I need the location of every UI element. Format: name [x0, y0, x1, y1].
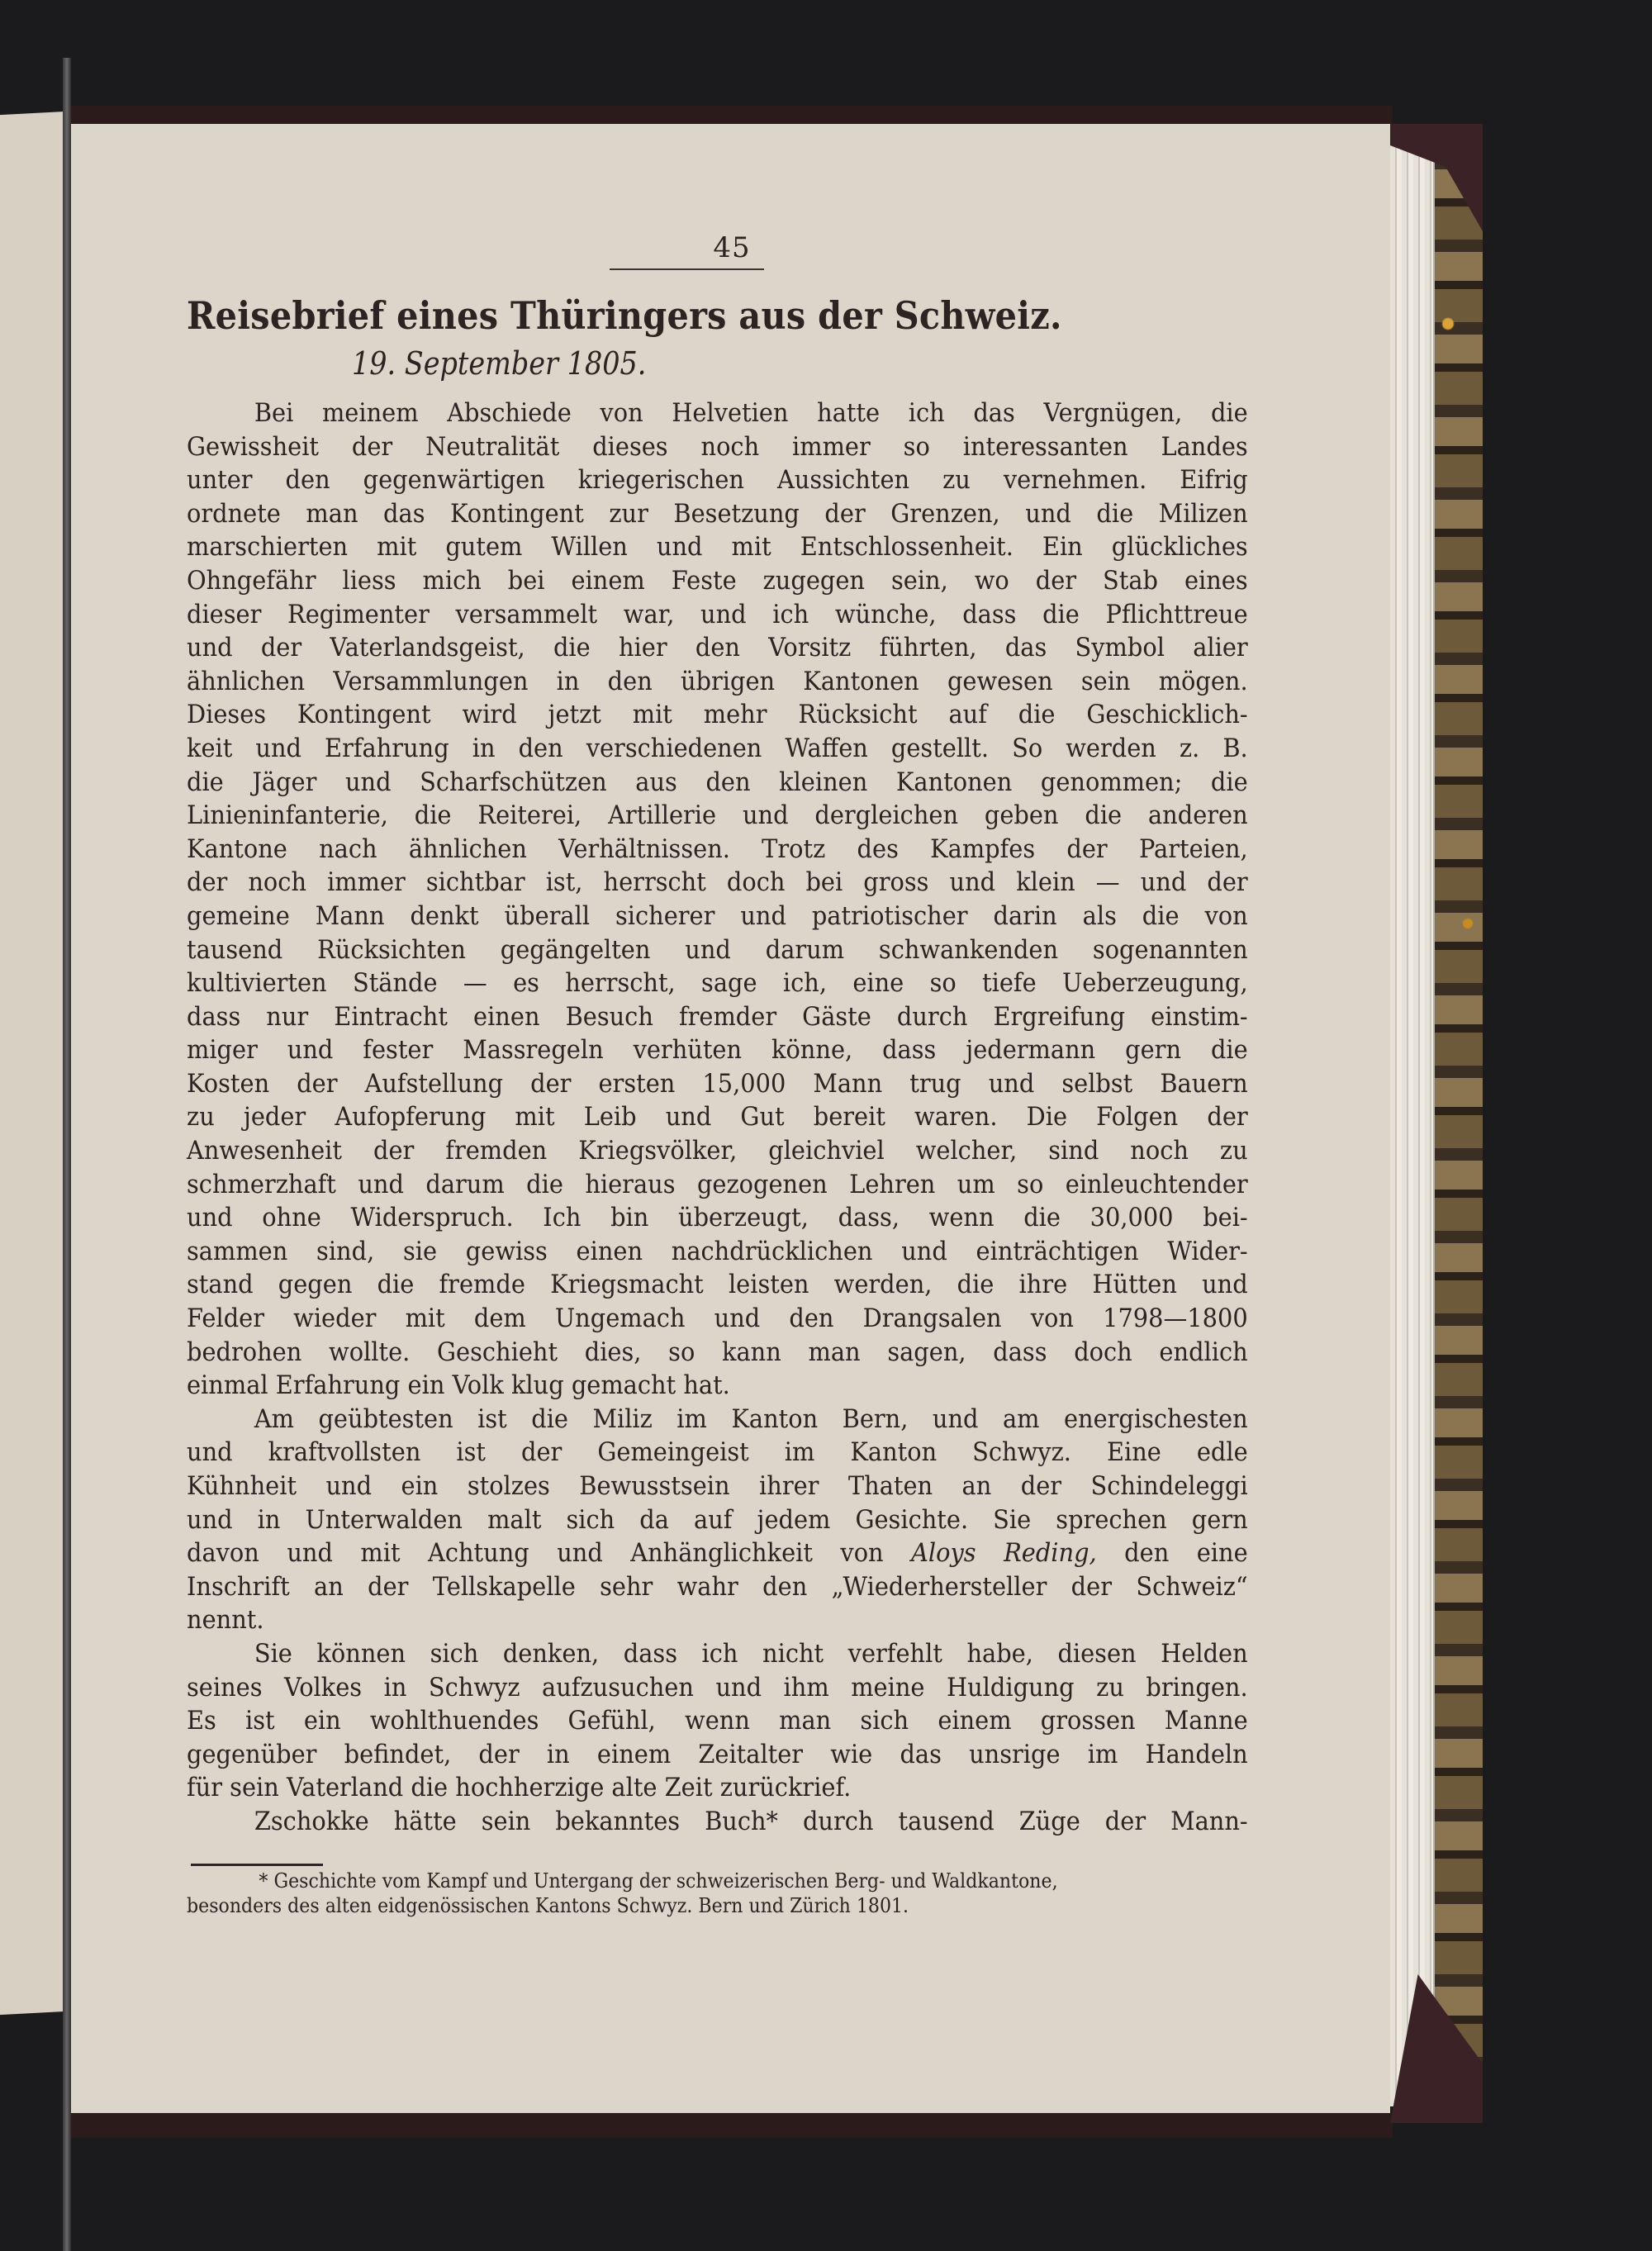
- text-line: kultivierten Stände — es herrscht, sage …: [187, 966, 1248, 1000]
- text-line: seines Volkes in Schwyz aufzusuchen und …: [187, 1671, 1248, 1705]
- text-line: schmerzhaft und darum die hieraus gezoge…: [187, 1168, 1248, 1202]
- text-line: Zschokke hätte sein bekanntes Buch* durc…: [187, 1805, 1248, 1839]
- text-line: marschierten mit gutem Willen und mit En…: [187, 530, 1248, 564]
- letter-date: 19. September 1805.: [352, 345, 933, 382]
- person-name: Aloys Reding,: [911, 1538, 1097, 1568]
- text-line: und ohne Widerspruch. Ich bin überzeugt,…: [187, 1201, 1248, 1235]
- text-line: Inschrift an der Tellskapelle sehr wahr …: [187, 1570, 1248, 1604]
- text-line: die Jäger und Scharfschützen aus den kle…: [187, 766, 1248, 800]
- page-number: 45: [649, 231, 814, 264]
- footnote: * Geschichte vom Kampf und Untergang der…: [187, 1869, 1252, 1918]
- text-line: Ohngefähr liess mich bei einem Feste zug…: [187, 564, 1248, 598]
- text-line: ähnlichen Versammlungen in den übrigen K…: [187, 665, 1248, 699]
- page-number-rule: [610, 268, 764, 270]
- facing-page-edge: [0, 112, 64, 2015]
- text-line: ordnete man das Kontingent zur Besetzung…: [187, 497, 1248, 531]
- text-line: sammen sind, sie gewiss einen nachdrückl…: [187, 1235, 1248, 1269]
- text-line: keit und Erfahrung in den verschiedenen …: [187, 732, 1248, 766]
- text-line: stand gegen die fremde Kriegsmacht leist…: [187, 1268, 1248, 1302]
- body-text: Bei meinem Abschiede von Helvetien hatte…: [187, 397, 1248, 1839]
- text-line: Dieses Kontingent wird jetzt mit mehr Rü…: [187, 698, 1248, 732]
- text-line: Kantone nach ähnlichen Verhältnissen. Tr…: [187, 833, 1248, 867]
- text-line: der noch immer sichtbar ist, herrscht do…: [187, 866, 1248, 900]
- text-segment: den eine: [1124, 1538, 1247, 1568]
- text-line: dass nur Eintracht einen Besuch fremder …: [187, 1000, 1248, 1034]
- binding-top-edge: [71, 106, 1393, 125]
- text-line: dieser Regimenter versammelt war, und ic…: [187, 598, 1248, 632]
- text-line: Sie können sich denken, dass ich nicht v…: [187, 1637, 1248, 1671]
- text-line: und in Unterwalden malt sich da auf jede…: [187, 1503, 1248, 1537]
- text-line: tausend Rücksichten gegängelten und daru…: [187, 933, 1248, 967]
- text-line: nennt.: [187, 1603, 1248, 1637]
- text-line: und der Vaterlandsgeist, die hier den Vo…: [187, 631, 1248, 665]
- text-line: miger und fester Massregeln verhüten kön…: [187, 1033, 1248, 1067]
- text-line: unter den gegenwärtigen kriegerischen Au…: [187, 463, 1248, 497]
- text-line: Kosten der Aufstellung der ersten 15,000…: [187, 1067, 1248, 1101]
- text-line: Bei meinem Abschiede von Helvetien hatte…: [187, 397, 1248, 430]
- text-line: für sein Vaterland die hochherzige alte …: [187, 1771, 1248, 1805]
- text-line: Gewissheit der Neutralität dieses noch i…: [187, 430, 1248, 464]
- text-line: Linieninfanterie, die Reiterei, Artiller…: [187, 799, 1248, 833]
- text-line: gegenüber befindet, der in einem Zeitalt…: [187, 1738, 1248, 1772]
- text-line: Am geübtesten ist die Miliz im Kanton Be…: [187, 1403, 1248, 1437]
- text-line: Anwesenheit der fremden Kriegsvölker, gl…: [187, 1134, 1248, 1168]
- text-line: einmal Erfahrung ein Volk klug gemacht h…: [187, 1369, 1248, 1403]
- marbled-cover-edge: [1433, 124, 1483, 2123]
- text-line: zu jeder Aufopferung mit Leib und Gut be…: [187, 1100, 1248, 1134]
- footnote-line: * Geschichte vom Kampf und Untergang der…: [187, 1869, 1167, 1893]
- text-segment: davon und mit Achtung und Anhänglichkeit…: [187, 1538, 884, 1568]
- footnote-rule: [191, 1864, 323, 1866]
- page-title: Reisebrief eines Thüringers aus der Schw…: [187, 293, 1153, 338]
- text-line: bedrohen wollte. Geschieht dies, so kann…: [187, 1336, 1248, 1370]
- text-line: gemeine Mann denkt überall sicherer und …: [187, 900, 1248, 933]
- text-line-with-name: davon und mit Achtung und Anhänglichkeit…: [187, 1536, 1248, 1570]
- text-line: Kühnheit und ein stolzes Bewusstsein ihr…: [187, 1470, 1248, 1503]
- book-page: 45 Reisebrief eines Thüringers aus der S…: [71, 124, 1390, 2113]
- book-gutter: [63, 58, 71, 2251]
- footnote-line: besonders des alten eidgenössischen Kant…: [187, 1893, 1167, 1918]
- text-line: und kraftvollsten ist der Gemeingeist im…: [187, 1436, 1248, 1470]
- text-line: Felder wieder mit dem Ungemach und den D…: [187, 1302, 1248, 1336]
- page-stack-edge: [1390, 136, 1435, 2106]
- text-line: Es ist ein wohlthuendes Gefühl, wenn man…: [187, 1704, 1248, 1738]
- binding-bottom-edge: [71, 2113, 1393, 2138]
